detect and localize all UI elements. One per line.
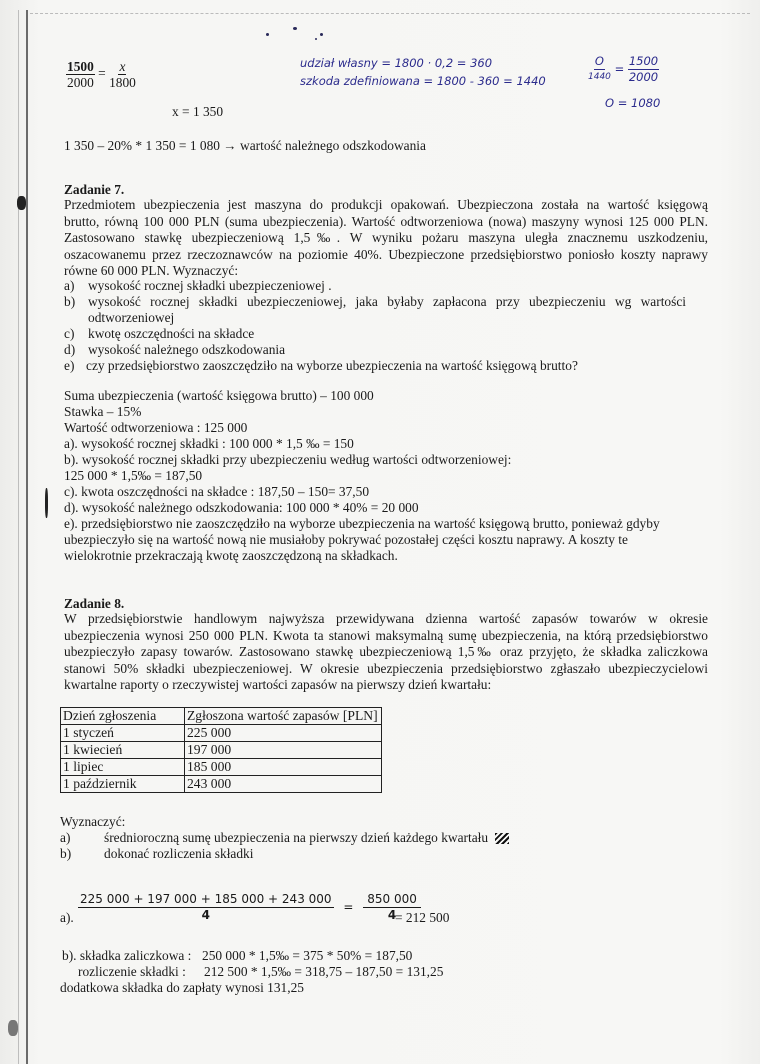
task7-question-e: e)czy przedsiębiorstwo zaoszczędziło na … (64, 358, 578, 374)
task8-solution-a-equation: 225 000 + 197 000 + 185 000 + 243 000 4 … (78, 892, 421, 923)
scan-left-edge-line (26, 10, 28, 1064)
task7-question-d: d)wysokość należnego odszkodowania (64, 342, 285, 358)
stock-reports-table: Dzień zgłoszenia Zgłoszona wartość zapas… (60, 707, 382, 793)
scan-top-edge (30, 13, 750, 15)
scanned-page: 1500 2000 = x 1800 x = 1 350 1 350 – 20%… (0, 0, 760, 1064)
task7-solution-line: Wartość odtworzeniowa : 125 000 (64, 420, 247, 436)
task8-question-a: a)średnioroczną sumę ubezpieczenia na pi… (60, 830, 509, 846)
task7-solution-line: c). kwota oszczędności na składce : 187,… (64, 484, 369, 500)
task8-solution-a-result: = 212 500 (395, 910, 449, 926)
table-row: 1 styczeń 225 000 (61, 725, 382, 742)
table-row: 1 październik 243 000 (61, 776, 382, 793)
task7-solution-line: b). wysokość rocznej składki przy ubezpi… (64, 452, 511, 468)
scan-mark (17, 196, 26, 210)
scan-speck (315, 38, 317, 40)
task8-solution-a-label: a). (60, 910, 74, 926)
scan-speck (266, 33, 269, 36)
handwritten-note-defined-loss: szkoda zdefiniowana = 1800 - 360 = 1440 (300, 74, 546, 88)
task7-solution-line: e). przedsiębiorstwo nie zaoszczędziło n… (64, 516, 660, 532)
table-row: 1 kwiecień 197 000 (61, 742, 382, 759)
handwritten-result: O = 1080 (605, 96, 660, 110)
task8-determine-label: Wyznaczyć: (60, 814, 125, 830)
task7-question-c: c)kwotę oszczędności na składce (64, 326, 254, 342)
fraction-right: x 1800 (109, 59, 136, 90)
table-header-cell: Zgłoszona wartość zapasów [PLN] (185, 708, 382, 725)
task7-question-a: a)wysokość rocznej składki ubezpieczenio… (64, 278, 332, 294)
compensation-line: 1 350 – 20% * 1 350 = 1 080 → wartość na… (64, 138, 426, 154)
advance-premium-calc: 250 000 * 1,5‰ = 375 * 50% = 187,50 (202, 948, 412, 964)
task7-solution-line: d). wysokość należnego odszkodowania: 10… (64, 500, 419, 516)
table-row: 1 lipiec 185 000 (61, 759, 382, 776)
handwritten-note-own-share: udział własny = 1800 · 0,2 = 360 (300, 56, 492, 70)
task7-solution-line: ubezpieczyło się na wartość nową nie mus… (64, 532, 628, 548)
task7-question-b-cont: odtworzeniowej (88, 310, 174, 326)
task8-question-b: b)dokonać rozliczenia składki (60, 846, 253, 862)
x-result: x = 1 350 (172, 104, 223, 120)
task7-question-b: b)wysokość rocznej składki ubezpieczenio… (64, 294, 708, 310)
scan-mark (45, 488, 48, 518)
task8-paragraph: W przedsiębiorstwie handlowym najwyższa … (64, 611, 708, 694)
task7-title: Zadanie 7. (64, 182, 124, 198)
premium-settlement-calc: 212 500 * 1,5‰ = 318,75 – 187,50 = 131,2… (204, 964, 443, 980)
top-fraction-equation: 1500 2000 = x 1800 (66, 59, 136, 90)
task7-solution-line: Suma ubezpieczenia (wartość księgowa bru… (64, 388, 374, 404)
scan-speck (320, 33, 323, 36)
task7-paragraph: Przedmiotem ubezpieczenia jest maszyna d… (64, 197, 708, 280)
task7-solution-line: wielokrotnie przekraczają kwotę zaoszczę… (64, 548, 398, 564)
task7-solution-line: 125 000 * 1,5‰ = 187,50 (64, 468, 202, 484)
scan-speck (293, 27, 297, 30)
scribble-mark (495, 833, 509, 844)
table-header-cell: Dzień zgłoszenia (61, 708, 185, 725)
handwritten-proportion: O 1440 = 1500 2000 (588, 54, 659, 85)
task7-solution-line: a). wysokość rocznej składki : 100 000 *… (64, 436, 354, 452)
premium-settlement-label: rozliczenie składki : (78, 964, 186, 980)
additional-premium-line: dodatkowa składka do zapłaty wynosi 131,… (60, 980, 304, 996)
task7-solution-line: Stawka – 15% (64, 404, 141, 420)
table-header-row: Dzień zgłoszenia Zgłoszona wartość zapas… (61, 708, 382, 725)
fraction-left: 1500 2000 (66, 59, 95, 90)
advance-premium-label: b). składka zaliczkowa : (62, 948, 191, 964)
scan-mark (8, 1020, 18, 1036)
task8-title: Zadanie 8. (64, 596, 124, 612)
sum-fraction: 225 000 + 197 000 + 185 000 + 243 000 4 (78, 892, 334, 923)
scan-left-edge-line-faint (18, 10, 19, 1064)
